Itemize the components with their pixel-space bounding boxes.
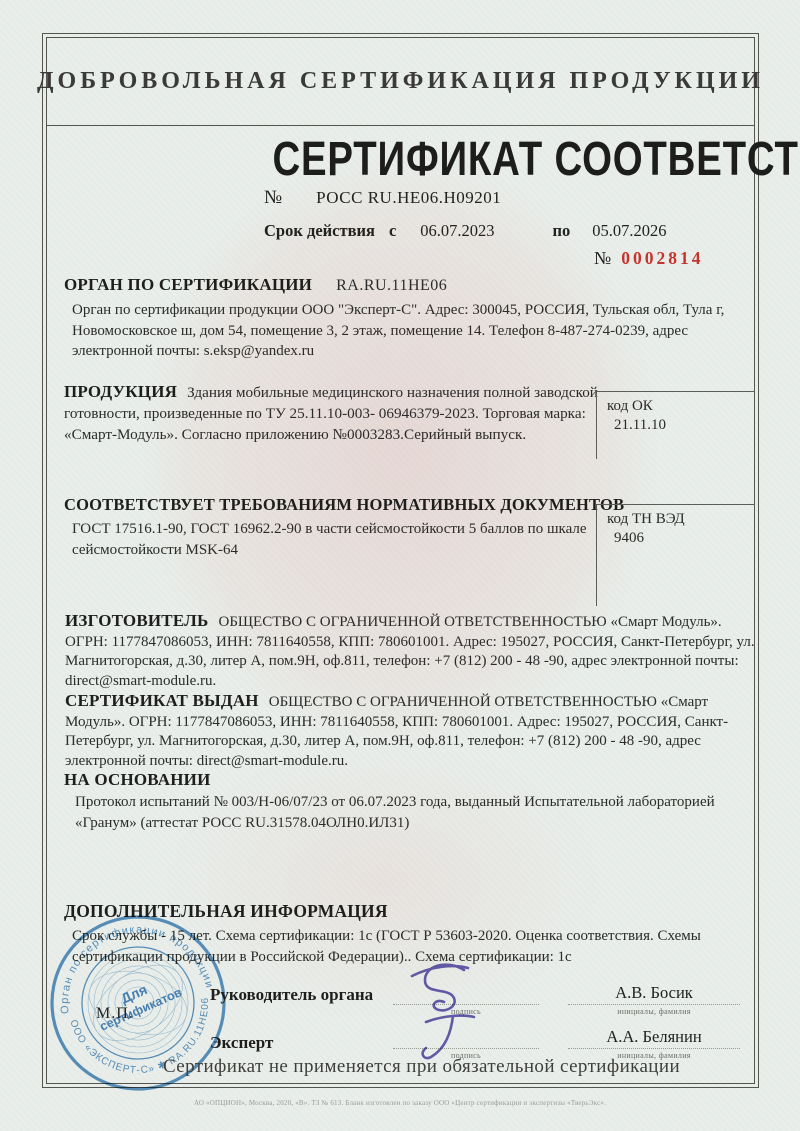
manufacturer-label: ИЗГОТОВИТЕЛЬ <box>65 611 208 630</box>
blank-number-row: №0002814 <box>594 248 703 269</box>
conformity-label: СООТВЕТСТВУЕТ ТРЕБОВАНИЯМ НОРМАТИВНЫХ ДО… <box>64 495 624 515</box>
certificate-title: СЕРТИФИКАТ СООТВЕТСТВИЯ <box>46 132 757 187</box>
blank-number: 0002814 <box>621 248 703 268</box>
blank-print-info: АО «ОПЦИОН», Москва, 2020, «В». ТЗ № 613… <box>0 1099 800 1107</box>
banner-title: ДОБРОВОЛЬНАЯ СЕРТИФИКАЦИЯ ПРОДУКЦИИ <box>37 68 764 95</box>
tnved-code-value: 9406 <box>607 529 755 548</box>
section-manufacturer: ИЗГОТОВИТЕЛЬОБЩЕСТВО С ОГРАНИЧЕННОЙ ОТВЕ… <box>65 611 757 691</box>
certificate-number-row: №РОСС RU.НЕ06.Н09201 <box>264 187 501 209</box>
validity-from-label: с <box>389 221 396 240</box>
ok-code-box: код ОК 21.11.10 <box>596 391 755 459</box>
certification-body-label: ОРГАН ПО СЕРТИФИКАЦИИ <box>64 275 312 294</box>
valid-to-date: 05.07.2026 <box>592 221 666 240</box>
issued-to-label: СЕРТИФИКАТ ВЫДАН <box>65 691 259 710</box>
tnved-code-box: код ТН ВЭД 9406 <box>596 504 755 606</box>
head-name-caption: инициалы, фамилия <box>568 1007 740 1016</box>
section-certification-body-heading: ОРГАН ПО СЕРТИФИКАЦИИRA.RU.11НЕ06 <box>64 275 447 295</box>
section-issued-to: СЕРТИФИКАТ ВЫДАНОБЩЕСТВО С ОГРАНИЧЕННОЙ … <box>65 691 757 771</box>
stamp-place-note: М.П. <box>96 1005 134 1023</box>
restriction-note: Сертификат не применяется при обязательн… <box>46 1056 757 1078</box>
ok-code-value: 21.11.10 <box>607 416 755 435</box>
certification-body-text: Орган по сертификации продукции ООО "Экс… <box>72 300 750 362</box>
product-label: ПРОДУКЦИЯ <box>64 382 177 401</box>
valid-from-date: 06.07.2023 <box>420 221 494 240</box>
expert-role-label: Эксперт <box>210 1033 273 1053</box>
blank-number-sign: № <box>594 248 611 268</box>
section-product: ПРОДУКЦИЯЗдания мобильные медицинского н… <box>64 381 616 445</box>
certificate-page: ДОБРОВОЛЬНАЯ СЕРТИФИКАЦИЯ ПРОДУКЦИИ СЕРТ… <box>0 0 800 1131</box>
basis-text: Протокол испытаний № 003/Н-06/07/23 от 0… <box>75 792 735 834</box>
head-role-label: Руководитель органа <box>210 985 373 1005</box>
expert-name: А.А. Белянин <box>568 1027 740 1047</box>
head-name: А.В. Босик <box>568 983 740 1003</box>
ok-code-label: код ОК <box>607 397 755 416</box>
certificate-number: РОСС RU.НЕ06.Н09201 <box>316 188 501 207</box>
head-name-line <box>568 1004 740 1005</box>
validity-to-label: по <box>553 221 571 240</box>
validity-row: Срок действияс06.07.2023по05.07.2026 <box>264 221 667 241</box>
tnved-code-label: код ТН ВЭД <box>607 510 755 529</box>
conformity-text: ГОСТ 17516.1-90, ГОСТ 16962.2-90 в части… <box>72 519 592 560</box>
banner: ДОБРОВОЛЬНАЯ СЕРТИФИКАЦИЯ ПРОДУКЦИИ <box>47 38 754 126</box>
basis-label: НА ОСНОВАНИИ <box>64 770 211 790</box>
number-sign: № <box>264 187 282 208</box>
certification-body-code: RA.RU.11НЕ06 <box>336 277 447 294</box>
expert-name-line <box>568 1048 740 1049</box>
validity-label: Срок действия <box>264 221 375 240</box>
signature-ink-icon <box>398 956 508 1064</box>
